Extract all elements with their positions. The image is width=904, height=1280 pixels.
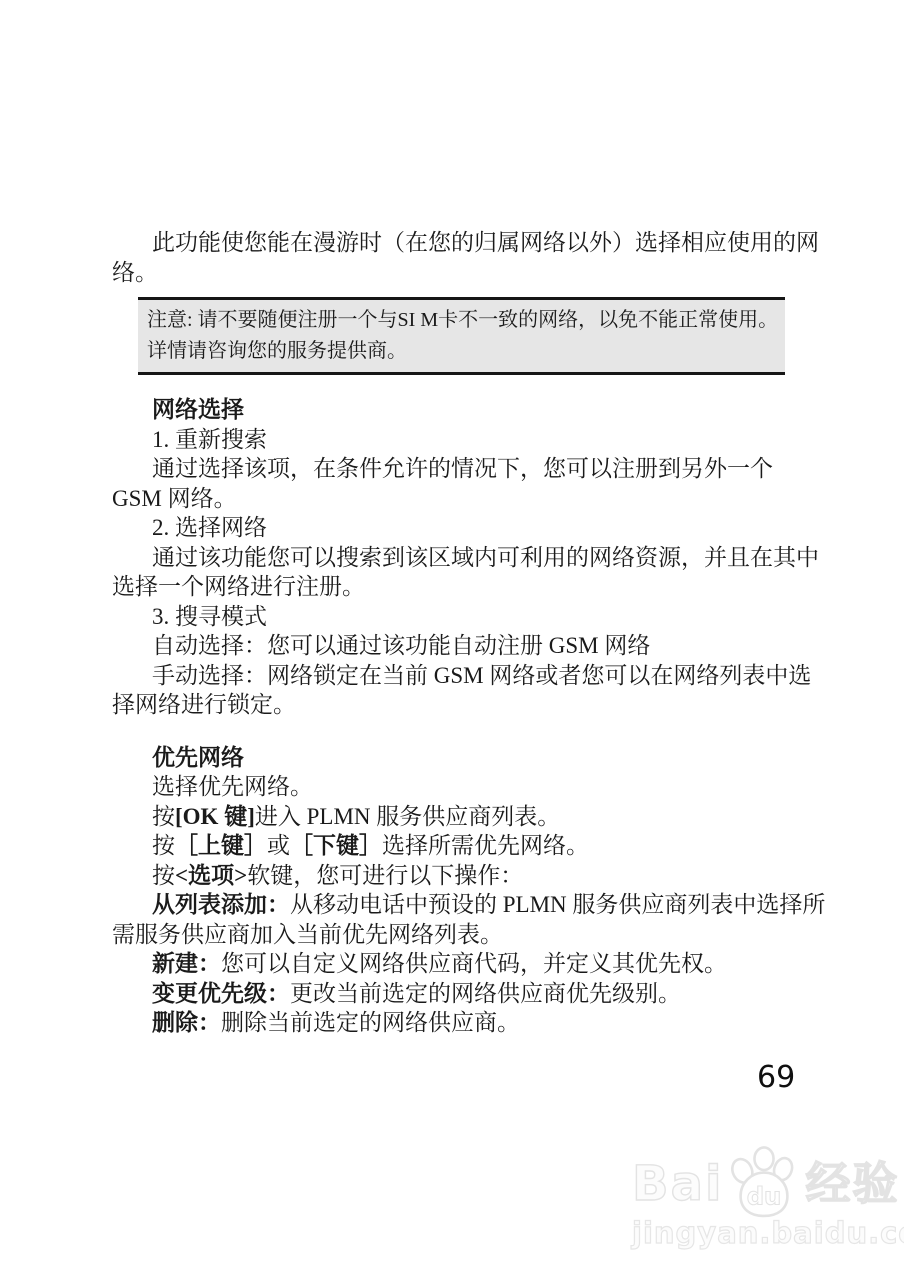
ok-key-prefix: 按 bbox=[152, 804, 175, 829]
updown-prefix: 按 bbox=[152, 833, 175, 858]
ok-key-label: [OK 键] bbox=[175, 804, 255, 829]
note-box: 注意: 请不要随便注册一个与SI M卡不一致的网络，以免不能正常使用。 详情请咨… bbox=[138, 297, 785, 375]
delete-label: 删除： bbox=[152, 1010, 221, 1035]
add-from-list-line: 从列表添加：从移动电话中预设的 PLMN 服务供应商列表中选择所需服务供应商加入… bbox=[112, 890, 828, 949]
manual-select-line: 手动选择：网络锁定在当前 GSM 网络或者您可以在网络列表中选择网络进行锁定。 bbox=[112, 661, 828, 720]
watermark-brand-right: du bbox=[747, 1182, 782, 1211]
item-2-body: 通过该功能您可以搜索到该区域内可利用的网络资源，并且在其中选择一个网络进行注册。 bbox=[112, 543, 828, 602]
watermark-brand-left: Bai bbox=[632, 1156, 723, 1212]
item-3-title: 3. 搜寻模式 bbox=[112, 602, 828, 632]
watermark-url: jingyan.baidu.com bbox=[632, 1216, 904, 1250]
note-line-2: 详情请咨询您的服务提供商。 bbox=[147, 336, 776, 367]
ok-key-line: 按[OK 键]进入 PLMN 服务供应商列表。 bbox=[112, 802, 828, 832]
watermark-brand-cn: 经验 bbox=[805, 1156, 899, 1212]
or-text: 或 bbox=[267, 833, 290, 858]
updown-rest: 选择所需优先网络。 bbox=[382, 833, 589, 858]
watermark-logo-row: Bai du 经验 bbox=[632, 1146, 904, 1212]
auto-select-line: 自动选择：您可以通过该功能自动注册 GSM 网络 bbox=[112, 631, 828, 661]
change-priority-text: 更改当前选定的网络供应商优先级别。 bbox=[290, 981, 681, 1006]
options-key-line: 按<选项>软键，您可进行以下操作： bbox=[112, 861, 828, 891]
item-1-body: 通过选择该项，在条件允许的情况下，您可以注册到另外一个 GSM 网络。 bbox=[112, 454, 828, 513]
note-line-1: 注意: 请不要随便注册一个与SI M卡不一致的网络，以免不能正常使用。 bbox=[147, 305, 776, 336]
section-heading-preferred-network: 优先网络 bbox=[112, 743, 828, 773]
new-line: 新建：您可以自定义网络供应商代码，并定义其优先权。 bbox=[112, 949, 828, 979]
new-text: 您可以自定义网络供应商代码，并定义其优先权。 bbox=[221, 951, 727, 976]
baidu-paw-icon: du bbox=[725, 1146, 803, 1220]
delete-line: 删除：删除当前选定的网络供应商。 bbox=[112, 1008, 828, 1038]
item-1-title: 1. 重新搜索 bbox=[112, 425, 828, 455]
options-key-label: <选项> bbox=[175, 863, 247, 888]
up-key-label: ［上键］ bbox=[175, 833, 267, 858]
page-number: 69 bbox=[757, 1060, 795, 1095]
preferred-intro-line: 选择优先网络。 bbox=[112, 772, 828, 802]
down-key-label: ［下键］ bbox=[290, 833, 382, 858]
change-priority-label: 变更优先级： bbox=[152, 981, 290, 1006]
options-rest: 软键，您可进行以下操作： bbox=[247, 863, 523, 888]
new-label: 新建： bbox=[152, 951, 221, 976]
ok-key-rest: 进入 PLMN 服务供应商列表。 bbox=[255, 804, 560, 829]
add-from-list-label: 从列表添加： bbox=[152, 892, 290, 917]
section-heading-network-selection: 网络选择 bbox=[112, 395, 828, 425]
intro-paragraph: 此功能使您能在漫游时（在您的归属网络以外）选择相应使用的网络。 bbox=[112, 228, 828, 287]
item-2-title: 2. 选择网络 bbox=[112, 513, 828, 543]
delete-text: 删除当前选定的网络供应商。 bbox=[221, 1010, 520, 1035]
watermark: Bai du 经验 jingyan.baidu.com bbox=[632, 1146, 904, 1250]
updown-key-line: 按［上键］或［下键］选择所需优先网络。 bbox=[112, 831, 828, 861]
change-priority-line: 变更优先级：更改当前选定的网络供应商优先级别。 bbox=[112, 979, 828, 1009]
page-body-text: 此功能使您能在漫游时（在您的归属网络以外）选择相应使用的网络。 注意: 请不要随… bbox=[112, 228, 828, 1038]
options-prefix: 按 bbox=[152, 863, 175, 888]
